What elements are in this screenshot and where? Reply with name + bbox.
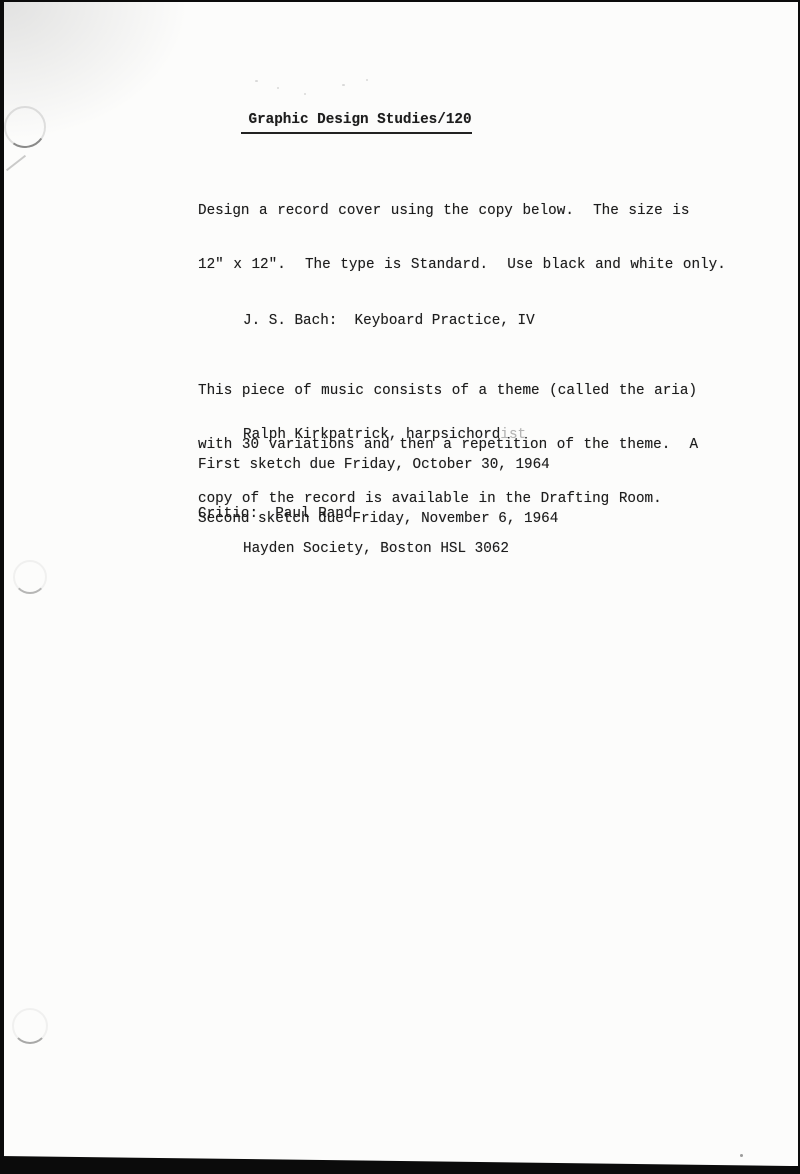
punch-hole-shadow [12, 1008, 48, 1044]
punch-hole-bottom [12, 1008, 48, 1044]
scan-fleck [6, 155, 26, 171]
scan-speckle [740, 1154, 743, 1157]
description-line-1: This piece of music consists of a theme … [198, 382, 698, 400]
punch-hole-middle [13, 560, 47, 594]
scan-speckle [366, 79, 368, 81]
critic-line: Critic: Paul Rand [198, 505, 352, 523]
scan-speckle [255, 80, 258, 82]
scan-frame: Graphic Design Studies/120 Design a reco… [0, 0, 800, 1174]
punch-hole-shadow [1, 103, 50, 152]
brief-line-1: Design a record cover using the copy bel… [198, 202, 726, 220]
document-page: Graphic Design Studies/120 Design a reco… [4, 2, 798, 1166]
punch-hole-top [4, 106, 46, 148]
deadlines: First sketch due Friday, October 30, 196… [198, 420, 558, 564]
copy-line-bach: J. S. Bach: Keyboard Practice, IV [243, 302, 535, 340]
punch-hole-shadow [13, 560, 47, 594]
scan-speckle [277, 87, 279, 89]
page-title: Graphic Design Studies/120 [241, 111, 471, 134]
title-block: Graphic Design Studies/120 [190, 93, 472, 152]
deadline-first-sketch: First sketch due Friday, October 30, 196… [198, 456, 558, 474]
scan-speckle [342, 84, 345, 86]
